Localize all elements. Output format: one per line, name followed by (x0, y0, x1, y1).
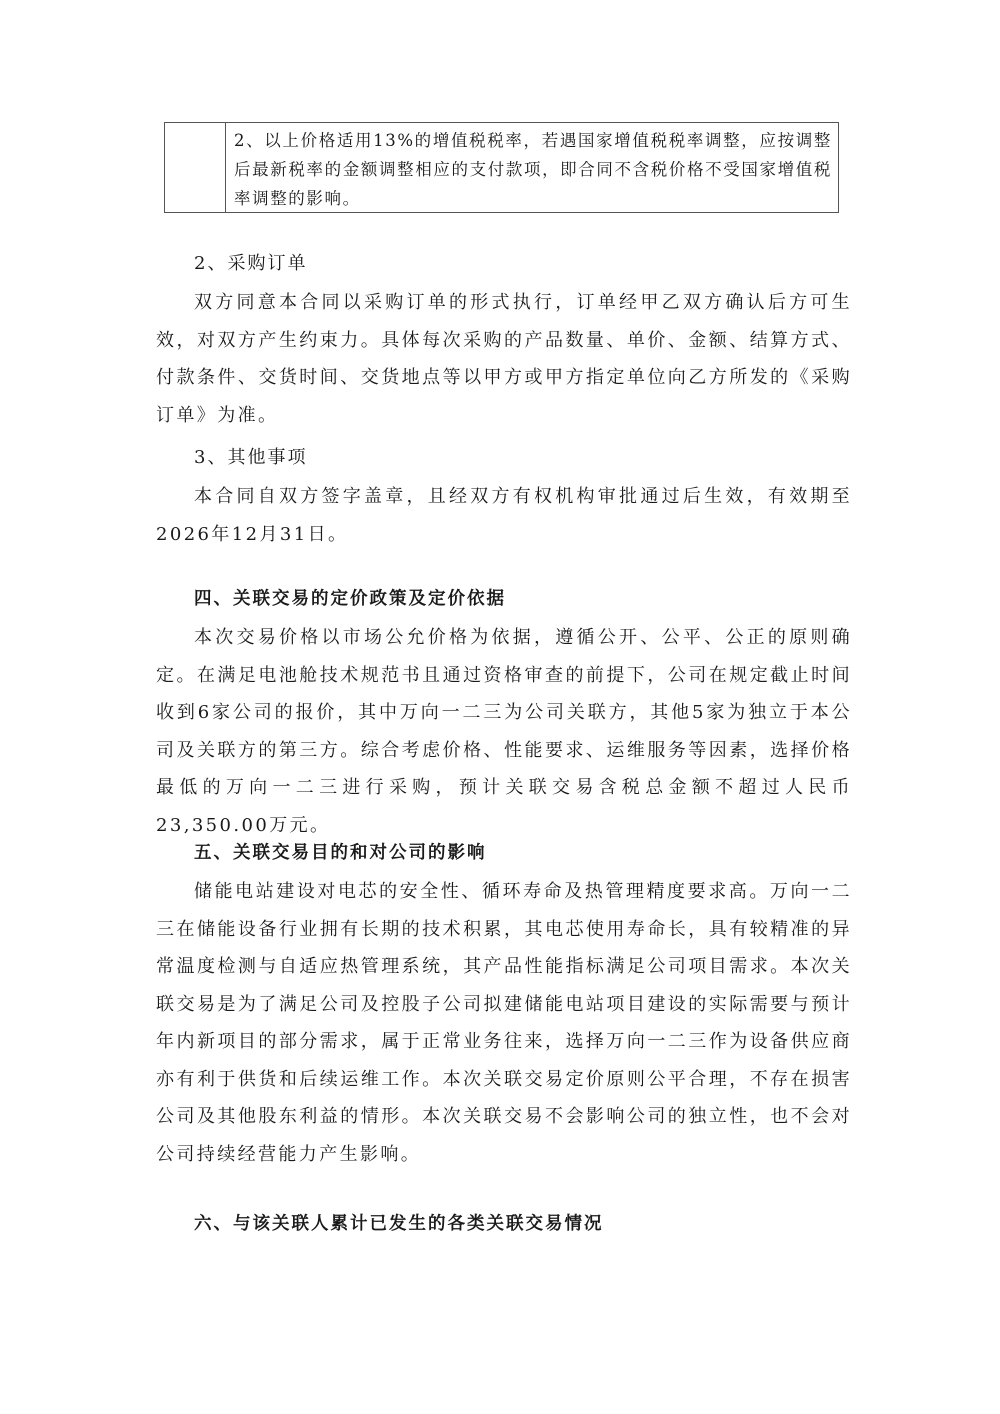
document-page: 2、以上价格适用13%的增值税税率，若遇国家增值税税率调整，应按调整后最新税率的… (0, 0, 1000, 1414)
paragraph-purpose-impact: 储能电站建设对电芯的安全性、循环寿命及热管理精度要求高。万向一二三在储能设备行业… (156, 873, 852, 1173)
section-heading-purpose-impact: 五、关联交易目的和对公司的影响 (194, 841, 487, 865)
paragraph-other-matters: 本合同自双方签字盖章，且经双方有权机构审批通过后生效，有效期至2026年12月3… (156, 478, 852, 553)
section-heading-pricing-policy: 四、关联交易的定价政策及定价依据 (194, 587, 506, 611)
paragraph-pricing-policy: 本次交易价格以市场公允价格为依据，遵循公开、公平、公正的原则确定。在满足电池舱技… (156, 619, 852, 844)
subheading-purchase-order: 2、采购订单 (194, 252, 307, 276)
paragraph-purchase-order: 双方同意本合同以采购订单的形式执行，订单经甲乙双方确认后方可生效，对双方产生约束… (156, 284, 852, 434)
table-cell-empty (165, 123, 226, 212)
section-heading-cumulative-transactions: 六、与该关联人累计已发生的各类关联交易情况 (194, 1212, 604, 1236)
subheading-other-matters: 3、其他事项 (194, 446, 307, 470)
pricing-table-fragment: 2、以上价格适用13%的增值税税率，若遇国家增值税税率调整，应按调整后最新税率的… (164, 122, 839, 213)
table-cell-vat-note: 2、以上价格适用13%的增值税税率，若遇国家增值税税率调整，应按调整后最新税率的… (226, 123, 838, 212)
